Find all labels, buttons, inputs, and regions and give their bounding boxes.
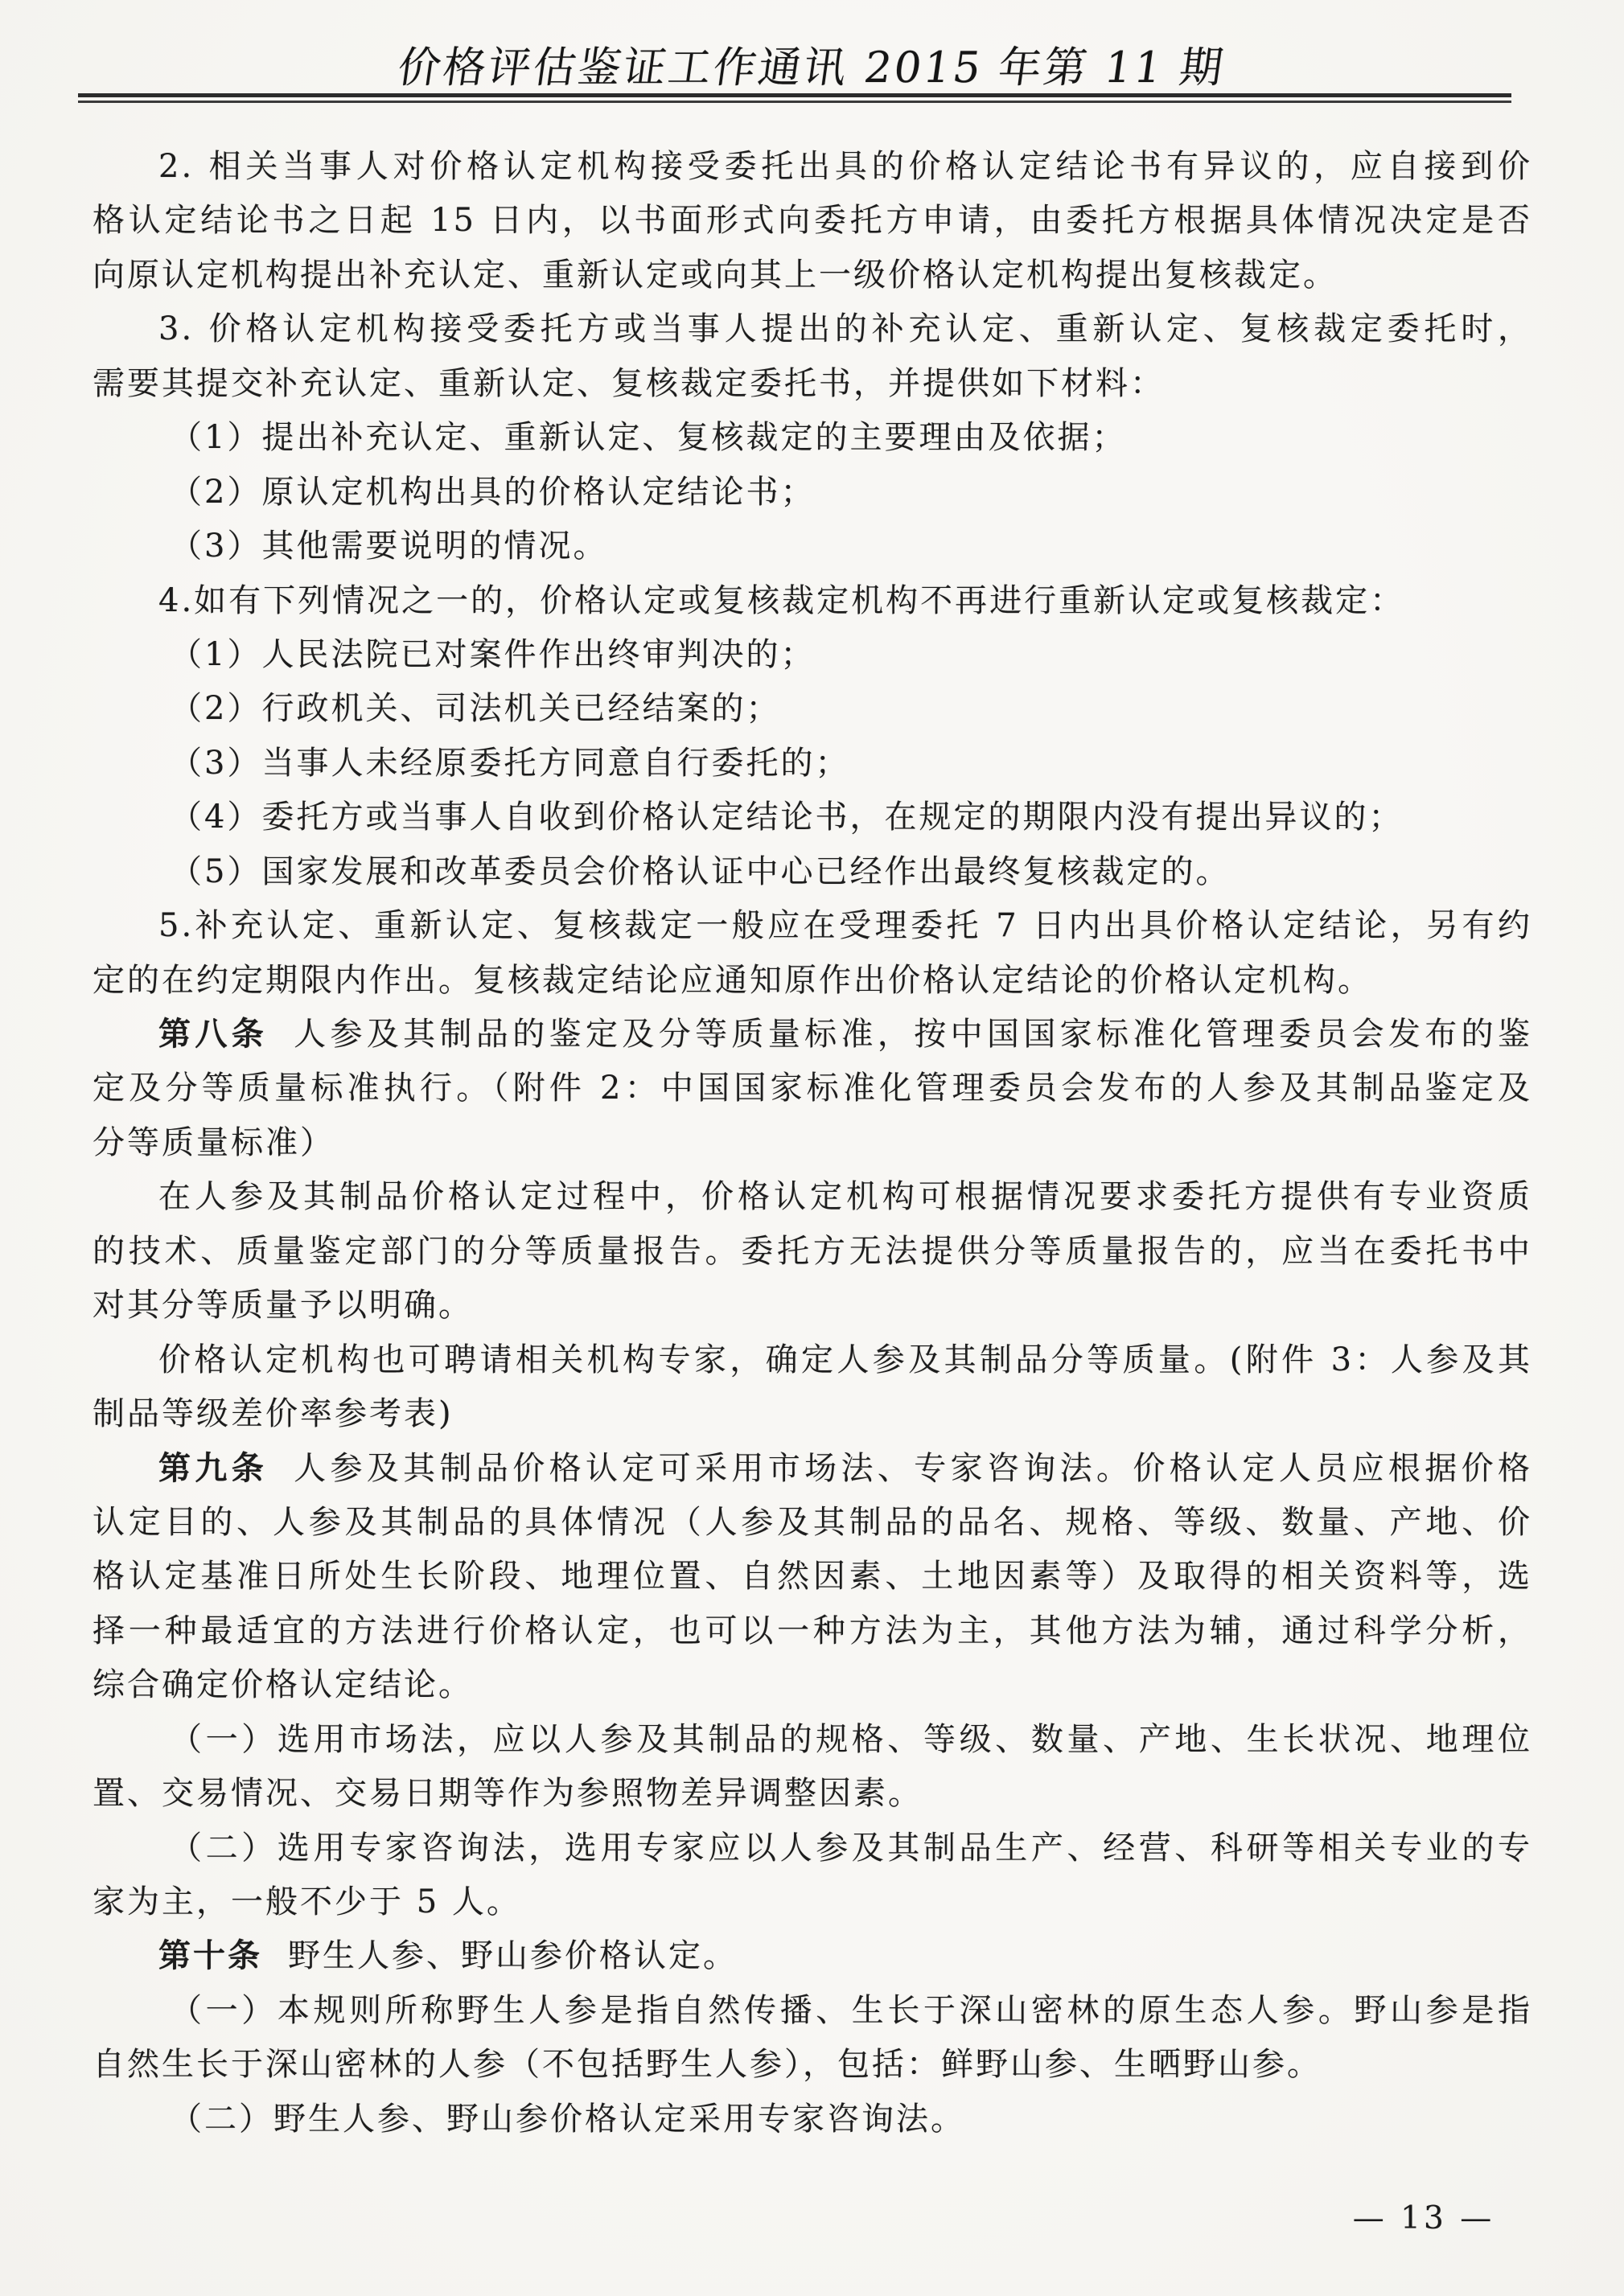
page-number: — 13 — — [1303, 2200, 1544, 2236]
text-line: 在人参及其制品价格认定过程中，价格认定机构可根据情况要求委托方提供有专业资质 — [93, 1170, 1532, 1224]
text-line: 向原认定机构提出补充认定、重新认定或向其上一级价格认定机构提出复核裁定。 — [93, 248, 1532, 302]
header-double-rule — [78, 93, 1511, 103]
text-line: （2）原认定机构出具的价格认定结论书； — [93, 466, 1532, 520]
text-line: （3）当事人未经原委托方同意自行委托的； — [93, 737, 1532, 791]
text-line: 定及分等质量标准执行。（附件 2：中国国家标准化管理委员会发布的人参及其制品鉴定… — [93, 1062, 1532, 1115]
article-number-heading: 第十条 — [158, 1937, 262, 1974]
document-body: 2. 相关当事人对价格认定机构接受委托出具的价格认定结论书有异议的，应自接到价格… — [93, 140, 1532, 2146]
text-line: 的技术、质量鉴定部门的分等质量报告。委托方无法提供分等质量报告的，应当在委托书中 — [93, 1225, 1532, 1279]
text-line: 5.补充认定、重新认定、复核裁定一般应在受理委托 7 日内出具价格认定结论，另有… — [93, 899, 1532, 953]
scanned-document-page: 价格评估鉴证工作通讯 2015 年第 11 期 2. 相关当事人对价格认定机构接… — [0, 0, 1624, 2296]
text-line: （3）其他需要说明的情况。 — [93, 520, 1532, 573]
text-line: 置、交易情况、交易日期等作为参照物差异调整因素。 — [93, 1767, 1532, 1821]
text-line: 分等质量标准） — [93, 1116, 1532, 1170]
article-number-heading: 第九条 — [158, 1450, 268, 1487]
text-line: （二）野生人参、野山参价格认定采用专家咨询法。 — [93, 2093, 1532, 2146]
text-line: （一）选用市场法，应以人参及其制品的规格、等级、数量、产地、生长状况、地理位 — [93, 1713, 1532, 1767]
text-line: 自然生长于深山密林的人参（不包括野生人参），包括：鲜野山参、生晒野山参。 — [93, 2038, 1532, 2092]
text-line: 3. 价格认定机构接受委托方或当事人提出的补充认定、重新认定、复核裁定委托时， — [93, 302, 1532, 356]
text-line: 定的在约定期限内作出。复核裁定结论应通知原作出价格认定结论的价格认定机构。 — [93, 954, 1532, 1008]
text-line: 需要其提交补充认定、重新认定、复核裁定委托书，并提供如下材料： — [93, 357, 1532, 411]
text-line: 价格认定机构也可聘请相关机构专家，确定人参及其制品分等质量。(附件 3：人参及其 — [93, 1333, 1532, 1387]
text-line: 4.如有下列情况之一的，价格认定或复核裁定机构不再进行重新认定或复核裁定： — [93, 574, 1532, 628]
article-number-heading: 第八条 — [158, 1016, 268, 1053]
text-line: （4）委托方或当事人自收到价格认定结论书，在规定的期限内没有提出异议的； — [93, 791, 1532, 844]
text-line: 择一种最适宜的方法进行价格认定，也可以一种方法为主，其他方法为辅，通过科学分析， — [93, 1604, 1532, 1658]
text-line: （二）选用专家咨询法，选用专家应以人参及其制品生产、经营、科研等相关专业的专 — [93, 1822, 1532, 1875]
text-line: （1）提出补充认定、重新认定、复核裁定的主要理由及依据； — [93, 411, 1532, 465]
text-line: 2. 相关当事人对价格认定机构接受委托出具的价格认定结论书有异议的，应自接到价 — [93, 140, 1532, 194]
text-line: 认定目的、人参及其制品的具体情况（人参及其制品的品名、规格、等级、数量、产地、价 — [93, 1496, 1532, 1550]
text-line: （2）行政机关、司法机关已经结案的； — [93, 682, 1532, 736]
text-line: 对其分等质量予以明确。 — [93, 1279, 1532, 1333]
text-line: 家为主，一般不少于 5 人。 — [93, 1875, 1532, 1929]
text-line: 综合确定价格认定结论。 — [93, 1658, 1532, 1712]
text-line: 第九条人参及其制品价格认定可采用市场法、专家咨询法。价格认定人员应根据价格 — [93, 1442, 1532, 1496]
text-line: （5）国家发展和改革委员会价格认证中心已经作出最终复核裁定的。 — [93, 845, 1532, 899]
text-line: 第十条野生人参、野山参价格认定。 — [93, 1929, 1532, 1983]
text-line: （1）人民法院已对案件作出终审判决的； — [93, 628, 1532, 682]
text-line: 第八条人参及其制品的鉴定及分等质量标准，按中国国家标准化管理委员会发布的鉴 — [93, 1008, 1532, 1062]
page-header-title: 价格评估鉴证工作通讯 2015 年第 11 期 — [0, 34, 1624, 95]
text-line: 制品等级差价率参考表) — [93, 1387, 1532, 1441]
text-line: 格认定结论书之日起 15 日内，以书面形式向委托方申请，由委托方根据具体情况决定… — [93, 194, 1532, 248]
text-line: 格认定基准日所处生长阶段、地理位置、自然因素、土地因素等）及取得的相关资料等，选 — [93, 1550, 1532, 1604]
text-line: （一）本规则所称野生人参是指自然传播、生长于深山密林的原生态人参。野山参是指 — [93, 1984, 1532, 2038]
